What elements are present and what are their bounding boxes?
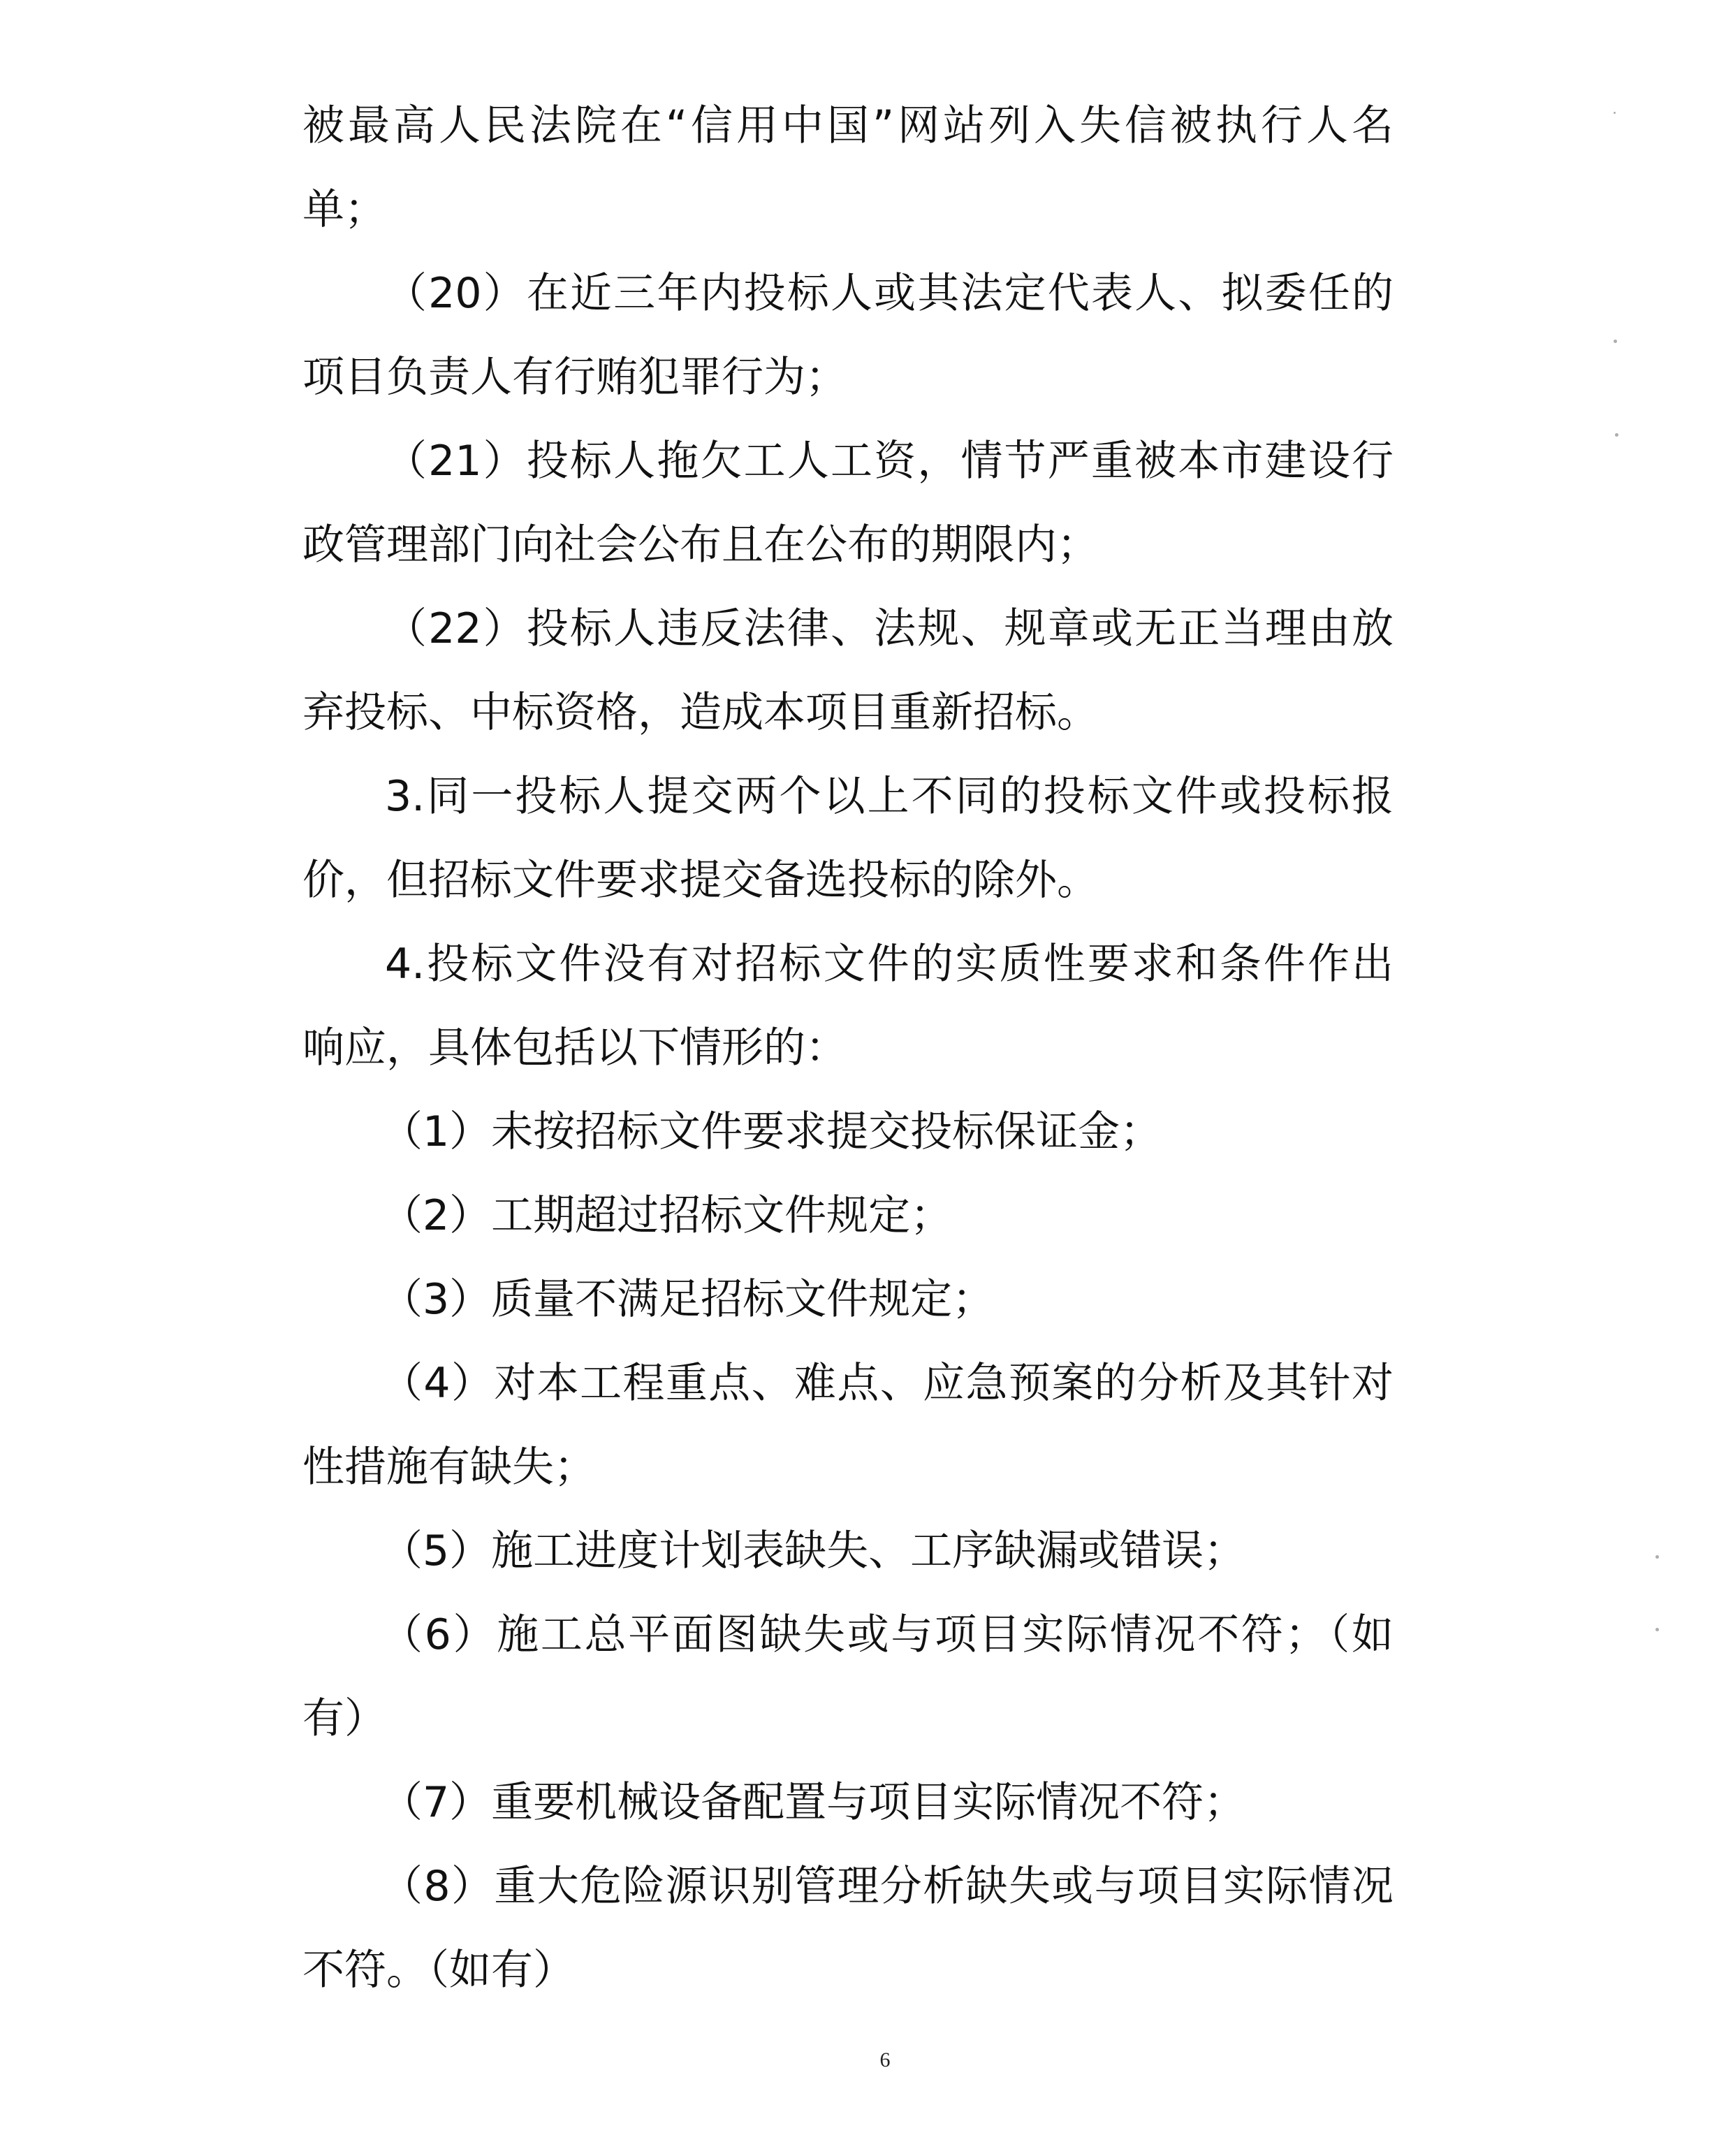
scan-speck — [1614, 340, 1617, 343]
scan-speck — [1655, 1555, 1659, 1559]
item-8-line-1: （8）重大危险源识别管理分析缺失或与项目实际情况 — [302, 1851, 1394, 1935]
item-1: （1）未按招标文件要求提交投标保证金； — [302, 1097, 1394, 1181]
item-7: （7）重要机械设备配置与项目实际情况不符； — [302, 1768, 1394, 1851]
item-22-line-1: （22）投标人违反法律、法规、规章或无正当理由放 — [302, 594, 1394, 678]
item-6-line-2: 有） — [302, 1684, 1394, 1768]
scan-speck — [1615, 433, 1618, 437]
clause-4-line-2: 响应，具体包括以下情形的： — [302, 1013, 1394, 1097]
item-22-line-2: 弃投标、中标资格，造成本项目重新招标。 — [302, 678, 1394, 762]
item-20-line-2: 项目负责人有行贿犯罪行为； — [302, 342, 1394, 426]
scan-speck — [1614, 112, 1616, 114]
page-number: 6 — [875, 2048, 895, 2072]
item-4-line-1: （4）对本工程重点、难点、应急预案的分析及其针对 — [302, 1348, 1394, 1432]
item-2: （2）工期超过招标文件规定； — [302, 1181, 1394, 1265]
item-5: （5）施工进度计划表缺失、工序缺漏或错误； — [302, 1516, 1394, 1600]
scan-speck — [1655, 1628, 1659, 1631]
item-3: （3）质量不满足招标文件规定； — [302, 1265, 1394, 1348]
item-20-line-1: （20）在近三年内投标人或其法定代表人、拟委任的 — [302, 258, 1394, 342]
item-21-line-2: 政管理部门向社会公布且在公布的期限内； — [302, 510, 1394, 594]
body-text: 被最高人民法院在“信用中国”网站列入失信被执行人名 单； （20）在近三年内投标… — [302, 91, 1394, 2019]
clause-4-line-1: 4.投标文件没有对招标文件的实质性要求和条件作出 — [302, 929, 1394, 1013]
item-21-line-1: （21）投标人拖欠工人工资，情节严重被本市建设行 — [302, 426, 1394, 510]
document-page: 被最高人民法院在“信用中国”网站列入失信被执行人名 单； （20）在近三年内投标… — [0, 0, 1733, 2156]
item-6-line-1: （6）施工总平面图缺失或与项目实际情况不符；（如 — [302, 1600, 1394, 1684]
clause-3-line-2: 价，但招标文件要求提交备选投标的除外。 — [302, 845, 1394, 929]
item-8-line-2: 不符。（如有） — [302, 1935, 1394, 2019]
text-line-2: 单； — [302, 175, 1394, 258]
clause-3-line-1: 3.同一投标人提交两个以上不同的投标文件或投标报 — [302, 762, 1394, 845]
text-line-1: 被最高人民法院在“信用中国”网站列入失信被执行人名 — [302, 91, 1394, 175]
item-4-line-2: 性措施有缺失； — [302, 1432, 1394, 1516]
